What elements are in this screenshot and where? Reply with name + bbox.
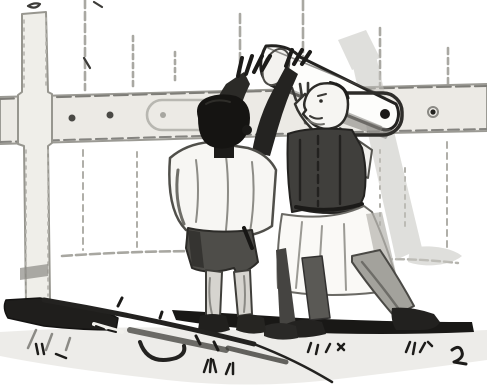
illustration: Black-and-white ink-and-wash book illust… <box>0 0 487 391</box>
boy-head <box>197 94 250 148</box>
boy-back-foot <box>236 314 266 333</box>
man-back-foot <box>264 323 298 340</box>
bracket-bolt-hole <box>380 109 390 119</box>
illustration-canvas: Black-and-white ink-and-wash book illust… <box>0 0 487 391</box>
boy-ear <box>242 125 252 135</box>
boy-back-leg <box>234 270 252 316</box>
